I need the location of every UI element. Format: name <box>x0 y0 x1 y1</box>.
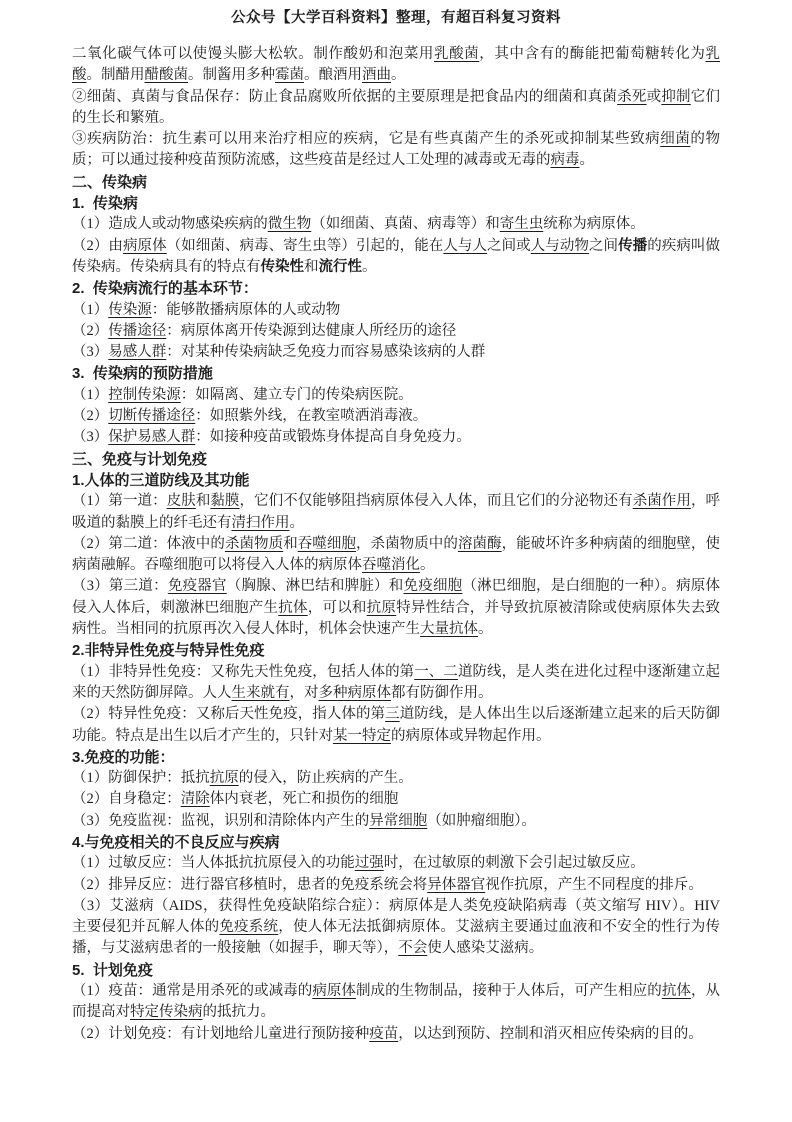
text-run: ，杀菌物质中的 <box>356 536 458 552</box>
text-run: 使人感染艾滋病。 <box>427 940 543 956</box>
paragraph: （2）计划免疫：有计划地给儿童进行预防接种疫苗，以达到预防、控制和消灭相应传染病… <box>72 1024 720 1045</box>
underlined-term: 抑制 <box>661 89 690 105</box>
underlined-term: 不会 <box>398 940 427 956</box>
text-run: （3） <box>72 429 108 445</box>
text-run: 和 <box>304 259 319 275</box>
underlined-term: 异体器官 <box>427 877 485 893</box>
text-run: 。 <box>362 259 377 275</box>
underlined-term: 某一特定 <box>333 728 391 744</box>
underlined-term: 杀菌物质 <box>225 536 283 552</box>
section-heading: 三、免疫与计划免疫 <box>72 449 720 470</box>
underlined-term: 特定传染病 <box>130 1004 203 1020</box>
underlined-term: 传播途径 <box>108 323 166 339</box>
text-run: ，对 <box>290 685 319 701</box>
underlined-term: 黏膜 <box>210 493 239 509</box>
paragraph: （1）造成人或动物感染疾病的微生物（如细菌、真菌、病毒等）和寄生虫统称为病原体。 <box>72 214 720 235</box>
underlined-term: 溶菌酶 <box>458 536 502 552</box>
underlined-term: 人与动物 <box>531 238 589 254</box>
paragraph: （2）特异性免疫：又称后天性免疫，指人体的第三道防线，是人体出生以后逐渐建立起来… <box>72 704 720 747</box>
underlined-term: 控制传染源 <box>108 387 181 403</box>
text-run: 统称为病原体。 <box>543 216 645 232</box>
text-run: 三、免疫与计划免疫 <box>72 451 207 468</box>
section-heading: 1.人体的三道防线及其功能 <box>72 470 720 491</box>
underlined-term: 病毒 <box>551 152 580 168</box>
paragraph: （1）传染源：能够散播病原体的人或动物 <box>72 300 720 321</box>
section-heading: 3.免疫的功能： <box>72 747 720 768</box>
paragraph: （2）由病原体（如细菌、病毒、寄生虫等）引起的，能在人与人之间或人与动物之间传播… <box>72 236 720 279</box>
section-heading: 5. 计划免疫 <box>72 960 720 981</box>
text-run: 2. 传染病流行的基本环节： <box>72 280 258 297</box>
text-run: ，可以和 <box>308 600 367 616</box>
underlined-term: 易感人群 <box>108 344 166 360</box>
underlined-term: 异常细胞 <box>369 813 427 829</box>
underlined-term: 醋酸菌 <box>145 67 189 83</box>
underlined-term: 多种病原体 <box>319 685 392 701</box>
underlined-term: 过强 <box>355 855 384 871</box>
text-run: ②细菌、真菌与食品保存：防止食品腐败所依据的主要原理是把食品内的细菌和真菌 <box>72 89 617 105</box>
text-run: （胸腺、淋巴结和脾脏）和 <box>227 578 404 594</box>
text-run: （1）疫苗：通常是用杀死的或减毒的 <box>72 983 312 999</box>
paragraph: （3）保护易感人群：如接种疫苗或锻炼身体提高自身免疫力。 <box>72 427 720 448</box>
paragraph: （3）第三道：免疫器官（胸腺、淋巴结和脾脏）和免疫细胞（淋巴细胞，是白细胞的一种… <box>72 576 720 640</box>
underlined-term: 免疫系统 <box>219 919 278 935</box>
text-run: ：能够散播病原体的人或动物 <box>152 302 341 318</box>
text-run: 的病原体或异物起作用。 <box>391 728 551 744</box>
underlined-term: 微生物 <box>268 216 312 232</box>
text-run: 体内衰老，死亡和损伤的细胞 <box>210 791 399 807</box>
paragraph: （3）艾滋病（AIDS，获得性免疫缺陷综合症）：病原体是人类免疫缺陷病毒（英文缩… <box>72 896 720 960</box>
underlined-term: 清扫作用 <box>232 515 290 531</box>
underlined-term: 吞噬消化 <box>362 557 420 573</box>
text-run: 。 <box>420 557 435 573</box>
text-run: （3） <box>72 344 108 360</box>
text-run: 视作抗原，产生不同程度的排斥。 <box>485 877 703 893</box>
text-run: 4.与免疫相关的不良反应与疾病 <box>72 834 280 851</box>
text-run: 的侵入，防止疾病的产生。 <box>239 770 413 786</box>
underlined-term: 免疫器官 <box>168 578 227 594</box>
paragraph: （2）排异反应：进行器官移植时，患者的免疫系统会将异体器官视作抗原，产生不同程度… <box>72 875 720 896</box>
text-run: （2） <box>72 408 108 424</box>
text-run: 流行性 <box>319 259 363 275</box>
text-run: 传染性 <box>261 259 305 275</box>
text-run: 。 <box>391 67 406 83</box>
text-run: （1）第一道： <box>72 493 167 509</box>
underlined-term: 酒曲 <box>362 67 391 83</box>
underlined-term: 抗原 <box>210 770 239 786</box>
text-run: （2）特异性免疫：又称后天性免疫，指人体的第 <box>72 706 385 722</box>
text-run: （如细菌、真菌、病毒等）和 <box>311 216 500 232</box>
text-run: （2） <box>72 323 108 339</box>
underlined-term: 皮肤 <box>167 493 196 509</box>
text-run: （2）排异反应：进行器官移植时，患者的免疫系统会将 <box>72 877 427 893</box>
text-run: 时，在过敏原的刺激下会引起过敏反应。 <box>384 855 645 871</box>
paragraph: （2）自身稳定：清除体内衰老，死亡和损伤的细胞 <box>72 789 720 810</box>
underlined-term: 吞噬细胞 <box>298 536 356 552</box>
section-heading: 2.非特异性免疫与特异性免疫 <box>72 640 720 661</box>
text-run: 制成的生物制品，接种于人体后，可产生相应的 <box>356 983 662 999</box>
text-run: （2）计划免疫：有计划地给儿童进行预防接种 <box>72 1026 369 1042</box>
underlined-term: 人与人 <box>443 238 487 254</box>
paragraph: （1）控制传染源：如隔离、建立专门的传染病医院。 <box>72 385 720 406</box>
underlined-term: 抗原 <box>367 600 396 616</box>
text-run: （1） <box>72 302 108 318</box>
underlined-term: 传染源 <box>108 302 152 318</box>
text-run: 或 <box>647 89 662 105</box>
text-run: 二、传染病 <box>72 174 147 191</box>
text-run: 。 <box>580 152 595 168</box>
underlined-term: 免疫细胞 <box>404 578 463 594</box>
text-run: （1） <box>72 387 108 403</box>
text-run: （2）由 <box>72 238 123 254</box>
text-run: 。制醋用 <box>87 67 145 83</box>
text-run: 1. 传染病 <box>72 195 138 212</box>
paragraph: （2）传播途径：病原体离开传染源到达健康人所经历的途径 <box>72 321 720 342</box>
text-run: ，它们不仅能够阻挡病原体侵入人体，而且它们的分泌物还有 <box>240 493 633 509</box>
underlined-term: 杀菌作用 <box>633 493 691 509</box>
paragraph: （2）第二道：体液中的杀菌物质和吞噬细胞，杀菌物质中的溶菌酶，能破坏许多种病菌的… <box>72 534 720 577</box>
underlined-term: 病原体 <box>312 983 356 999</box>
underlined-term: 乳酸菌 <box>434 46 479 62</box>
underlined-term: 清除 <box>181 791 210 807</box>
text-run: 。 <box>478 621 493 637</box>
text-run: 和 <box>283 536 298 552</box>
paragraph: （1）第一道：皮肤和黏膜，它们不仅能够阻挡病原体侵入人体，而且它们的分泌物还有杀… <box>72 491 720 534</box>
text-run: 之间或 <box>487 238 531 254</box>
paragraph: （2）切断传播途径：如照紫外线，在教室喷洒消毒液。 <box>72 406 720 427</box>
section-heading: 4.与免疫相关的不良反应与疾病 <box>72 832 720 853</box>
text-run: 2.非特异性免疫与特异性免疫 <box>72 642 265 659</box>
text-run: 。制酱用多种 <box>188 67 275 83</box>
section-heading: 二、传染病 <box>72 172 720 193</box>
underlined-term: 霉菌 <box>275 67 304 83</box>
text-run: ③疾病防治：抗生素可以用来治疗相应的疾病，它是有些真菌产生的杀死或抑制某些致病 <box>72 131 660 147</box>
text-run: 1.人体的三道防线及其功能 <box>72 472 250 489</box>
paragraph: 二氧化碳气体可以使馒头膨大松软。制作酸奶和泡菜用乳酸菌，其中含有的酶能把葡萄糖转… <box>72 44 720 87</box>
text-run: ：如接种疫苗或锻炼身体提高自身免疫力。 <box>195 429 471 445</box>
text-run: ：如照紫外线，在教室喷洒消毒液。 <box>195 408 427 424</box>
text-run: （3）免疫监视：监视，识别和清除体内产生的 <box>72 813 369 829</box>
text-run: ：病原体离开传染源到达健康人所经历的途径 <box>166 323 456 339</box>
paragraph: （3）免疫监视：监视，识别和清除体内产生的异常细胞（如肿瘤细胞）。 <box>72 811 720 832</box>
text-run: （1）过敏反应：当人体抵抗抗原侵入的功能 <box>72 855 355 871</box>
paragraph: （1）非特异性免疫：又称先天性免疫，包括人体的第一、二道防线，是人类在进化过程中… <box>72 662 720 705</box>
text-run: （如肿瘤细胞）。 <box>427 813 536 829</box>
underlined-term: 抗体 <box>278 600 307 616</box>
text-run: 3.免疫的功能： <box>72 749 175 766</box>
paragraph: （1）过敏反应：当人体抵抗抗原侵入的功能过强时，在过敏原的刺激下会引起过敏反应。 <box>72 853 720 874</box>
underlined-term: 细菌 <box>660 131 690 147</box>
text-run: 和 <box>196 493 211 509</box>
underlined-term: 保护易感人群 <box>108 429 195 445</box>
underlined-term: 疫苗 <box>369 1026 398 1042</box>
text-run: ，其中含有的酶能把葡萄糖转化为 <box>479 46 705 62</box>
text-run: ：对某种传染病缺乏免疫力而容易感染该病的人群 <box>166 344 485 360</box>
underlined-term: 抗体 <box>662 983 691 999</box>
text-run: （1）造成人或动物感染疾病的 <box>72 216 268 232</box>
underlined-term: 切断传播途径 <box>108 408 195 424</box>
text-run: （3）第三道： <box>72 578 168 594</box>
text-run: （1）防御保护：抵抗 <box>72 770 210 786</box>
section-heading: 1. 传染病 <box>72 193 720 214</box>
document-body: 二氧化碳气体可以使馒头膨大松软。制作酸奶和泡菜用乳酸菌，其中含有的酶能把葡萄糖转… <box>72 44 720 1045</box>
underlined-term: 大量抗体 <box>420 621 478 637</box>
text-run: 之间 <box>589 238 618 254</box>
paragraph: （1）疫苗：通常是用杀死的或减毒的病原体制成的生物制品，接种于人体后，可产生相应… <box>72 981 720 1024</box>
paragraph: （1）防御保护：抵抗抗原的侵入，防止疾病的产生。 <box>72 768 720 789</box>
text-run: 。 <box>290 515 305 531</box>
text-run: 。酿酒用 <box>304 67 362 83</box>
text-run: （1）非特异性免疫：又称先天性免疫，包括人体的第 <box>72 664 414 680</box>
text-run: 5. 计划免疫 <box>72 962 153 979</box>
paragraph: ③疾病防治：抗生素可以用来治疗相应的疾病，它是有些真菌产生的杀死或抑制某些致病细… <box>72 129 720 172</box>
text-run: 传播 <box>618 238 647 254</box>
text-run: 的抵抗力。 <box>203 1004 276 1020</box>
text-run: 二氧化碳气体可以使馒头膨大松软。制作酸奶和泡菜用 <box>72 46 434 62</box>
underlined-term: 病原体 <box>123 238 167 254</box>
text-run: （2）第二道：体液中的 <box>72 536 225 552</box>
underlined-term: 杀死 <box>617 89 646 105</box>
text-run: （2）自身稳定： <box>72 791 181 807</box>
section-heading: 2. 传染病流行的基本环节： <box>72 278 720 299</box>
underlined-term: 一、二 <box>414 664 458 680</box>
paragraph: （3）易感人群：对某种传染病缺乏免疫力而容易感染该病的人群 <box>72 342 720 363</box>
paragraph: ②细菌、真菌与食品保存：防止食品腐败所依据的主要原理是把食品内的细菌和真菌杀死或… <box>72 87 720 130</box>
underlined-term: 三 <box>385 706 400 722</box>
document-page: 公众号【大学百科资料】整理，有超百科复习资料 二氧化碳气体可以使馒头膨大松软。制… <box>0 0 792 1122</box>
text-run: ，以达到预防、控制和消灭相应传染病的目的。 <box>398 1026 703 1042</box>
underlined-term: 生来就有 <box>232 685 290 701</box>
text-run: ：如隔离、建立专门的传染病医院。 <box>181 387 413 403</box>
page-header-title: 公众号【大学百科资料】整理，有超百科复习资料 <box>72 8 720 28</box>
section-heading: 3. 传染病的预防措施 <box>72 363 720 384</box>
text-run: （如细菌、病毒、寄生虫等）引起的，能在 <box>167 238 444 254</box>
text-run: 都有防御作用。 <box>391 685 493 701</box>
text-run: 3. 传染病的预防措施 <box>72 365 213 382</box>
underlined-term: 寄生虫 <box>500 216 544 232</box>
